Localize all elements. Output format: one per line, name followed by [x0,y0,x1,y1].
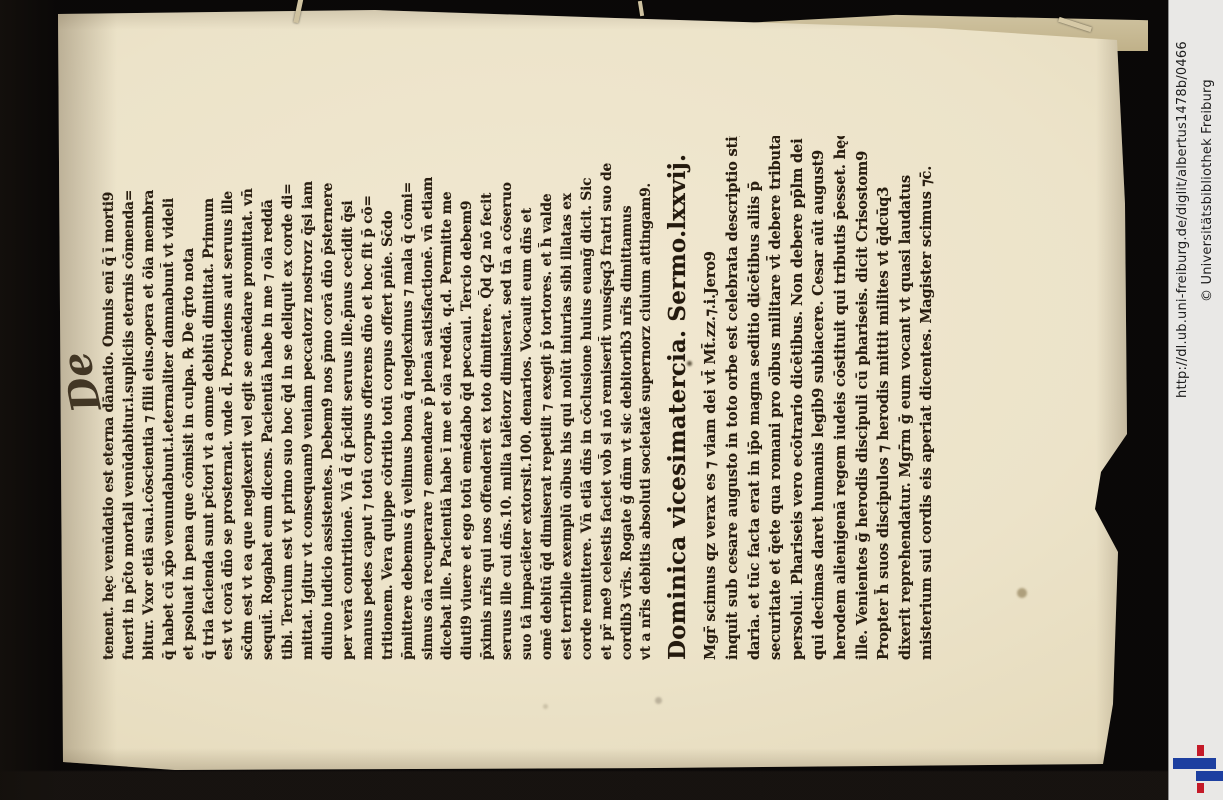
logo-red-block [1197,745,1204,756]
text-line: est vt corā dn̄o se prosternat. vnde d̄.… [219,136,239,660]
logo-blue-bar [1173,758,1216,769]
copyright-notice: © Universitätsbibliothek Freiburg [1200,79,1215,302]
text-line: et pr̄ me9 celestis faciet vob̄ si nō re… [598,136,618,660]
text-line: omē debitū q̄d dimiserat repetiit ⁊ exeg… [538,136,558,660]
stain [655,697,662,704]
text-line: mittat. Igitur vt consequam9 veniam pecc… [299,136,319,660]
ub-freiburg-logo [1169,740,1223,795]
text-line: fuerit in pc̄to mortali venūdabitur.i.su… [120,136,140,660]
text-line: q̄ tria facienda sunt pc̄tori vt a omne … [200,136,220,660]
text-line: cordib3 vr̄is. Rogate ḡ dn̄m vt sic debi… [618,136,638,660]
text-line: Mgr̄ scimus qz verax es ⁊ viam dei vt̄ M… [700,136,722,660]
text-line: seruus ille cui dn̄s.10. milia talētorz … [498,136,518,660]
text-line: corde remittere. Vn̄ etiā dn̄s in cōclus… [578,136,598,660]
sermon-text-column-2: Mgr̄ scimus qz verax es ⁊ viam dei vt̄ M… [700,136,938,660]
text-line: dixerit reprehendatur. Mgr̄m ḡ eum vocan… [895,136,917,660]
text-line: simus oīa recuperare ⁊ emendare p̄ plenā… [419,136,439,660]
text-line: Propter h̄ suos discipulos ⁊ herodis mit… [873,136,895,660]
text-line: vt a nr̄is debitis absoluti societatē su… [637,136,657,660]
text-line: dicebat ille. Pacientiā habe ī me et oīa… [438,136,458,660]
logo-blue-bar [1196,771,1223,781]
text-line: manus pedes caput ⁊ totū corpus offerens… [359,136,379,660]
text-line: tritionem. Vera quippe cōtritio totū cor… [379,136,399,660]
text-line: inquit sub cesare augusto in toto orbe e… [722,136,744,660]
logo-red-block [1197,783,1204,793]
text-line: misterium sui cordis eis aperiat dicente… [916,136,938,660]
text-line: suo tā impaciēter extorsit.100. denarios… [518,136,538,660]
text-line: sc̄dm est vt ea que neglexerit vel egit … [239,136,259,660]
text-line: per verā contritionē. Vn̄ d̄ q̄ p̄cidit … [339,136,359,660]
manuscript-page: De tenent. hęc venūdatio est eterna dāna… [55,4,1130,772]
text-line: sequit̄. Rogabat eum dicens. Pacientiā h… [259,136,279,660]
sermon-heading: Dominica vicesimatercia. Sermo.lxxvij. [659,136,697,660]
text-line: herodem alienigenā regem iudeis cōstitui… [830,136,852,660]
stain [1017,588,1027,598]
text-line: qui decimas daret humanis legib9 subiace… [808,136,830,660]
text-line: bitur. Vxor etiā sua.i.cōscientia ⁊ fili… [140,136,160,660]
text-line: persolui. Phariseis vero ecōtrario dicēt… [787,136,809,660]
text-line: et psoluat in pena que cōmisit in culpa.… [180,136,200,660]
text-line: q̄ habet cū xp̄o venundabunt.i.eternalit… [160,136,180,660]
sermon-text-column-1: tenent. hęc venūdatio est eterna dānatio… [100,136,657,660]
metadata-strip: http://dl.ub.uni-freiburg.de/diglit/albe… [1168,0,1223,800]
text-line: diuino iudicio assistentes. Debem9 nos p… [319,136,339,660]
printed-text-block: De tenent. hęc venūdatio est eterna dāna… [100,136,938,660]
text-line: diuti9 viuere et ego totū emēdabo q̄d pe… [458,136,478,660]
text-line: securitate et q̄ete qua romani pro oībus… [765,136,787,660]
text-line: est terribile exemplū oībus his qui nolū… [558,136,578,660]
text-line: daria. et tūc facta erat in ip̄o magna s… [744,136,766,660]
text-line: p̄mittere debemus q̄ velimus bona q̄ neg… [399,136,419,660]
text-line: ille. Venientes ḡ herodis discipuli cū p… [852,136,874,660]
text-line: tibi. Tercium est vt primo suo hoc q̄d i… [279,136,299,660]
source-url: http://dl.ub.uni-freiburg.de/diglit/albe… [1175,41,1190,398]
scan-viewport: De tenent. hęc venūdatio est eterna dāna… [0,0,1223,800]
stain [543,704,548,709]
binding-thread [638,1,644,16]
text-line: p̄ximis nr̄is qui nos offenderīt ex toto… [478,136,498,660]
